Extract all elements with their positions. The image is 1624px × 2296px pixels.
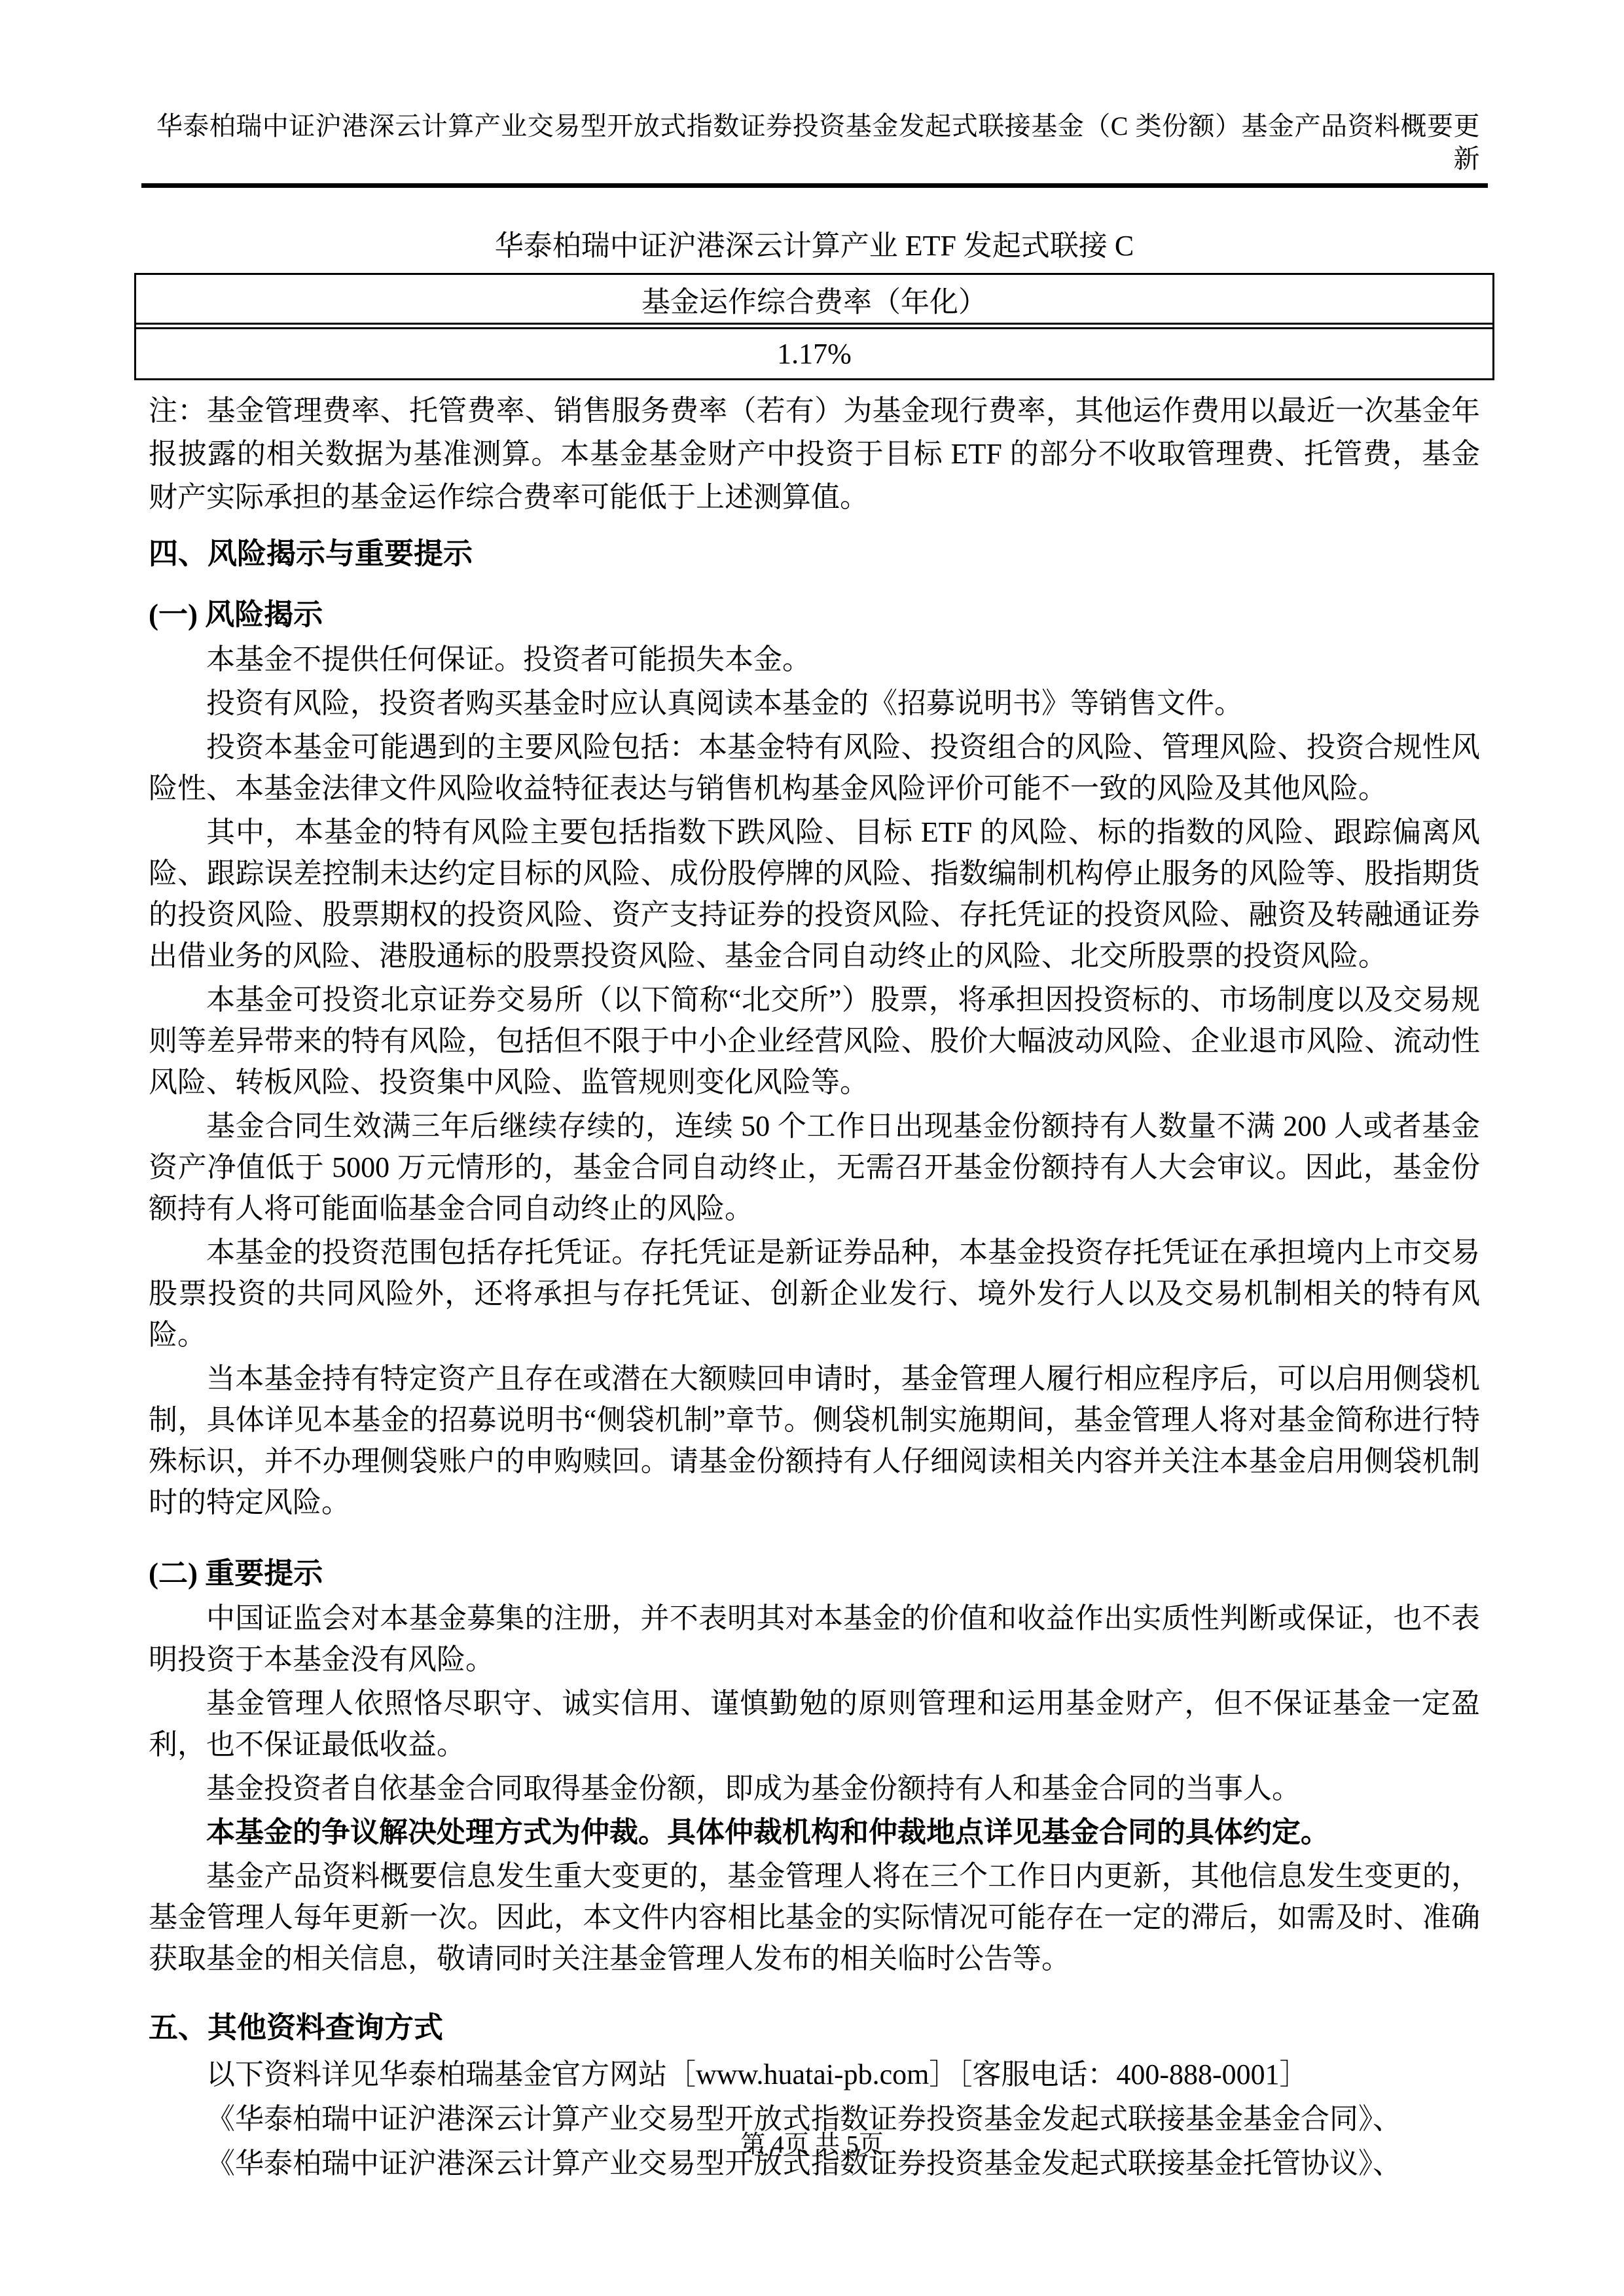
header-rule	[141, 183, 1488, 188]
doc-header-title: 华泰柏瑞中证沪港深云计算产业交易型开放式指数证券投资基金发起式联接基金（C 类份…	[149, 110, 1480, 175]
section-heading-other-info: 五、其他资料查询方式	[149, 2007, 1480, 2049]
risk-paragraph-7: 本基金的投资范围包括存托凭证。存托凭证是新证券品种，本基金投资存托凭证在承担境内…	[149, 1232, 1480, 1355]
fee-table: 基金运作综合费率（年化） 1.17%	[134, 273, 1494, 380]
document-page: 华泰柏瑞中证沪港深云计算产业交易型开放式指数证券投资基金发起式联接基金（C 类份…	[0, 0, 1624, 2296]
risk-paragraph-8: 当本基金持有特定资产且存在或潜在大额赎回申请时，基金管理人履行相应程序后，可以启…	[149, 1358, 1480, 1523]
fund-table-title: 华泰柏瑞中证沪港深云计算产业 ETF 发起式联接 C	[149, 228, 1480, 264]
important-paragraph-1: 中国证监会对本基金募集的注册，并不表明其对本基金的价值和收益作出实质性判断或保证…	[149, 1598, 1480, 1680]
risk-paragraph-3: 投资本基金可能遇到的主要风险包括：本基金特有风险、投资组合的风险、管理风险、投资…	[149, 726, 1480, 809]
risk-paragraph-6: 基金合同生效满三年后继续存续的，连续 50 个工作日出现基金份额持有人数量不满 …	[149, 1105, 1480, 1229]
subsection-heading-risk-disclosure: (一) 风险揭示	[149, 594, 1480, 636]
risk-paragraph-1: 本基金不提供任何保证。投资者可能损失本金。	[149, 639, 1480, 680]
subsection-heading-important-notes: (二) 重要提示	[149, 1552, 1480, 1594]
fee-note: 注：基金管理费率、托管费率、销售服务费率（若有）为基金现行费率，其他运作费用以最…	[149, 389, 1480, 519]
fee-table-value-cell: 1.17%	[136, 327, 1492, 378]
risk-paragraph-5: 本基金可投资北京证券交易所（以下简称“北交所”）股票，将承担因投资标的、市场制度…	[149, 979, 1480, 1103]
risk-paragraph-4: 其中，本基金的特有风险主要包括指数下跌风险、目标 ETF 的风险、标的指数的风险…	[149, 812, 1480, 977]
risk-paragraph-2: 投资有风险，投资者购买基金时应认真阅读本基金的《招募说明书》等销售文件。	[149, 683, 1480, 724]
important-paragraph-3: 基金投资者自依基金合同取得基金份额，即成为基金份额持有人和基金合同的当事人。	[149, 1768, 1480, 1809]
fee-table-header-cell: 基金运作综合费率（年化）	[136, 275, 1492, 325]
other-info-line-1: 以下资料详见华泰柏瑞基金官方网站［www.huatai-pb.com］［客服电话…	[149, 2053, 1480, 2097]
important-paragraph-5: 基金产品资料概要信息发生重大变更的，基金管理人将在三个工作日内更新，其他信息发生…	[149, 1856, 1480, 1979]
page-footer: 第 4页 共 5页	[0, 2129, 1624, 2161]
important-paragraph-2: 基金管理人依照恪尽职守、诚实信用、谨慎勤勉的原则管理和运用基金财产，但不保证基金…	[149, 1683, 1480, 1765]
important-paragraph-arbitration: 本基金的争议解决处理方式为仲裁。具体仲裁机构和仲裁地点详见基金合同的具体约定。	[149, 1812, 1480, 1853]
section-heading-risk: 四、风险揭示与重要提示	[149, 533, 1480, 575]
